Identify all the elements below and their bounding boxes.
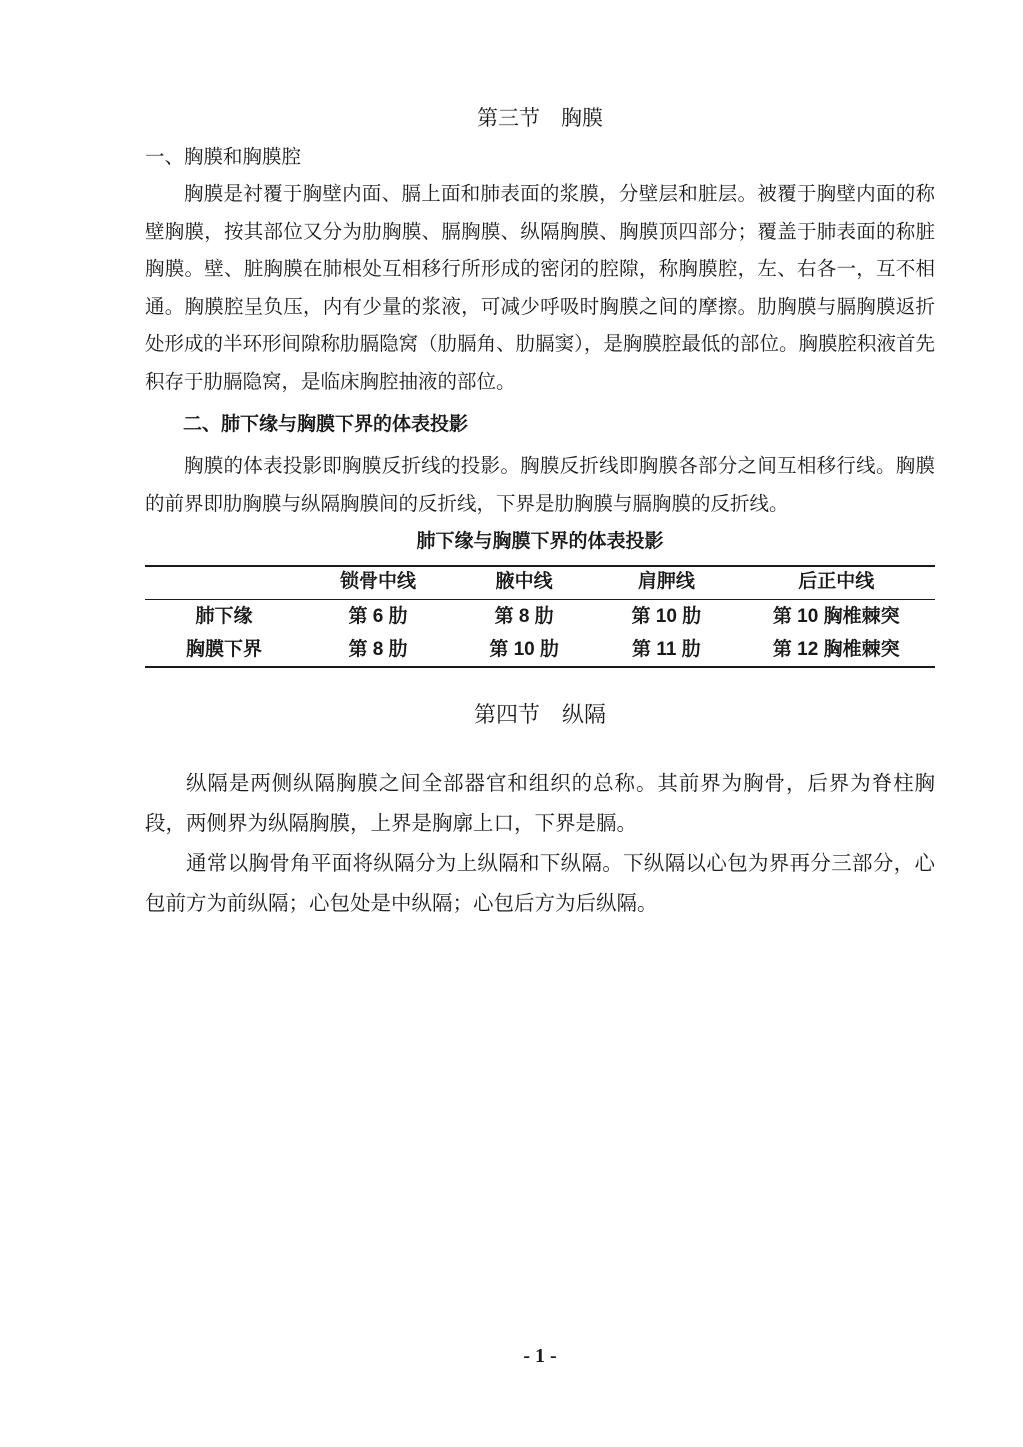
section4-title: 第四节 纵隔	[145, 700, 935, 730]
table-row-pleura-lower-border: 胸膜下界 第 8 肋 第 10 肋 第 11 肋 第 12 胸椎棘突	[145, 633, 935, 667]
document-page: 第三节 胸膜 一、胸膜和胸膜腔 胸膜是衬覆于胸壁内面、膈上面和肺表面的浆膜，分壁…	[0, 0, 1023, 1447]
table-cell: 第 8 肋	[453, 600, 595, 634]
paragraph-mediastinum-2: 通常以胸骨角平面将纵隔分为上纵隔和下纵隔。下纵隔以心包为界再分三部分，心包前方为…	[145, 844, 935, 924]
table-cell: 第 6 肋	[303, 600, 453, 634]
table-header-midaxillary-line: 腋中线	[453, 566, 595, 600]
table-cell: 第 11 肋	[595, 633, 737, 667]
table-cell: 第 8 肋	[303, 633, 453, 667]
table-header-scapular-line: 肩胛线	[595, 566, 737, 600]
page-number: - 1 -	[145, 1345, 935, 1368]
paragraph-mediastinum-1: 纵隔是两侧纵隔胸膜之间全部器官和组织的总称。其前界为胸骨，后界为脊柱胸段，两侧界…	[145, 764, 935, 844]
paragraph-pleura: 胸膜是衬覆于胸壁内面、膈上面和肺表面的浆膜，分壁层和脏层。被覆于胸壁内面的称壁胸…	[145, 176, 935, 401]
heading-surface-projection: 二、肺下缘与胸膜下界的体表投影	[145, 406, 935, 443]
row-label: 肺下缘	[145, 600, 303, 634]
table-row-lung-lower-border: 肺下缘 第 6 肋 第 8 肋 第 10 肋 第 10 胸椎棘突	[145, 600, 935, 634]
table-header-row: 锁骨中线 腋中线 肩胛线 后正中线	[145, 566, 935, 600]
section3-title: 第三节 胸膜	[145, 105, 935, 131]
table-cell: 第 10 胸椎棘突	[737, 600, 935, 634]
table-cell: 第 10 肋	[453, 633, 595, 667]
table-header-posterior-median-line: 后正中线	[737, 566, 935, 600]
row-label: 胸膜下界	[145, 633, 303, 667]
table-caption: 肺下缘与胸膜下界的体表投影	[145, 527, 935, 557]
table-header-empty	[145, 566, 303, 600]
heading-pleura-and-cavity: 一、胸膜和胸膜腔	[145, 145, 935, 171]
paragraph-projection: 胸膜的体表投影即胸膜反折线的投影。胸膜反折线即胸膜各部分之间互相移行线。胸膜的前…	[145, 448, 935, 523]
table-cell: 第 10 肋	[595, 600, 737, 634]
projection-table: 锁骨中线 腋中线 肩胛线 后正中线 肺下缘 第 6 肋 第 8 肋 第 10 肋…	[145, 565, 935, 668]
table-cell: 第 12 胸椎棘突	[737, 633, 935, 667]
table-header-midclavicular-line: 锁骨中线	[303, 566, 453, 600]
